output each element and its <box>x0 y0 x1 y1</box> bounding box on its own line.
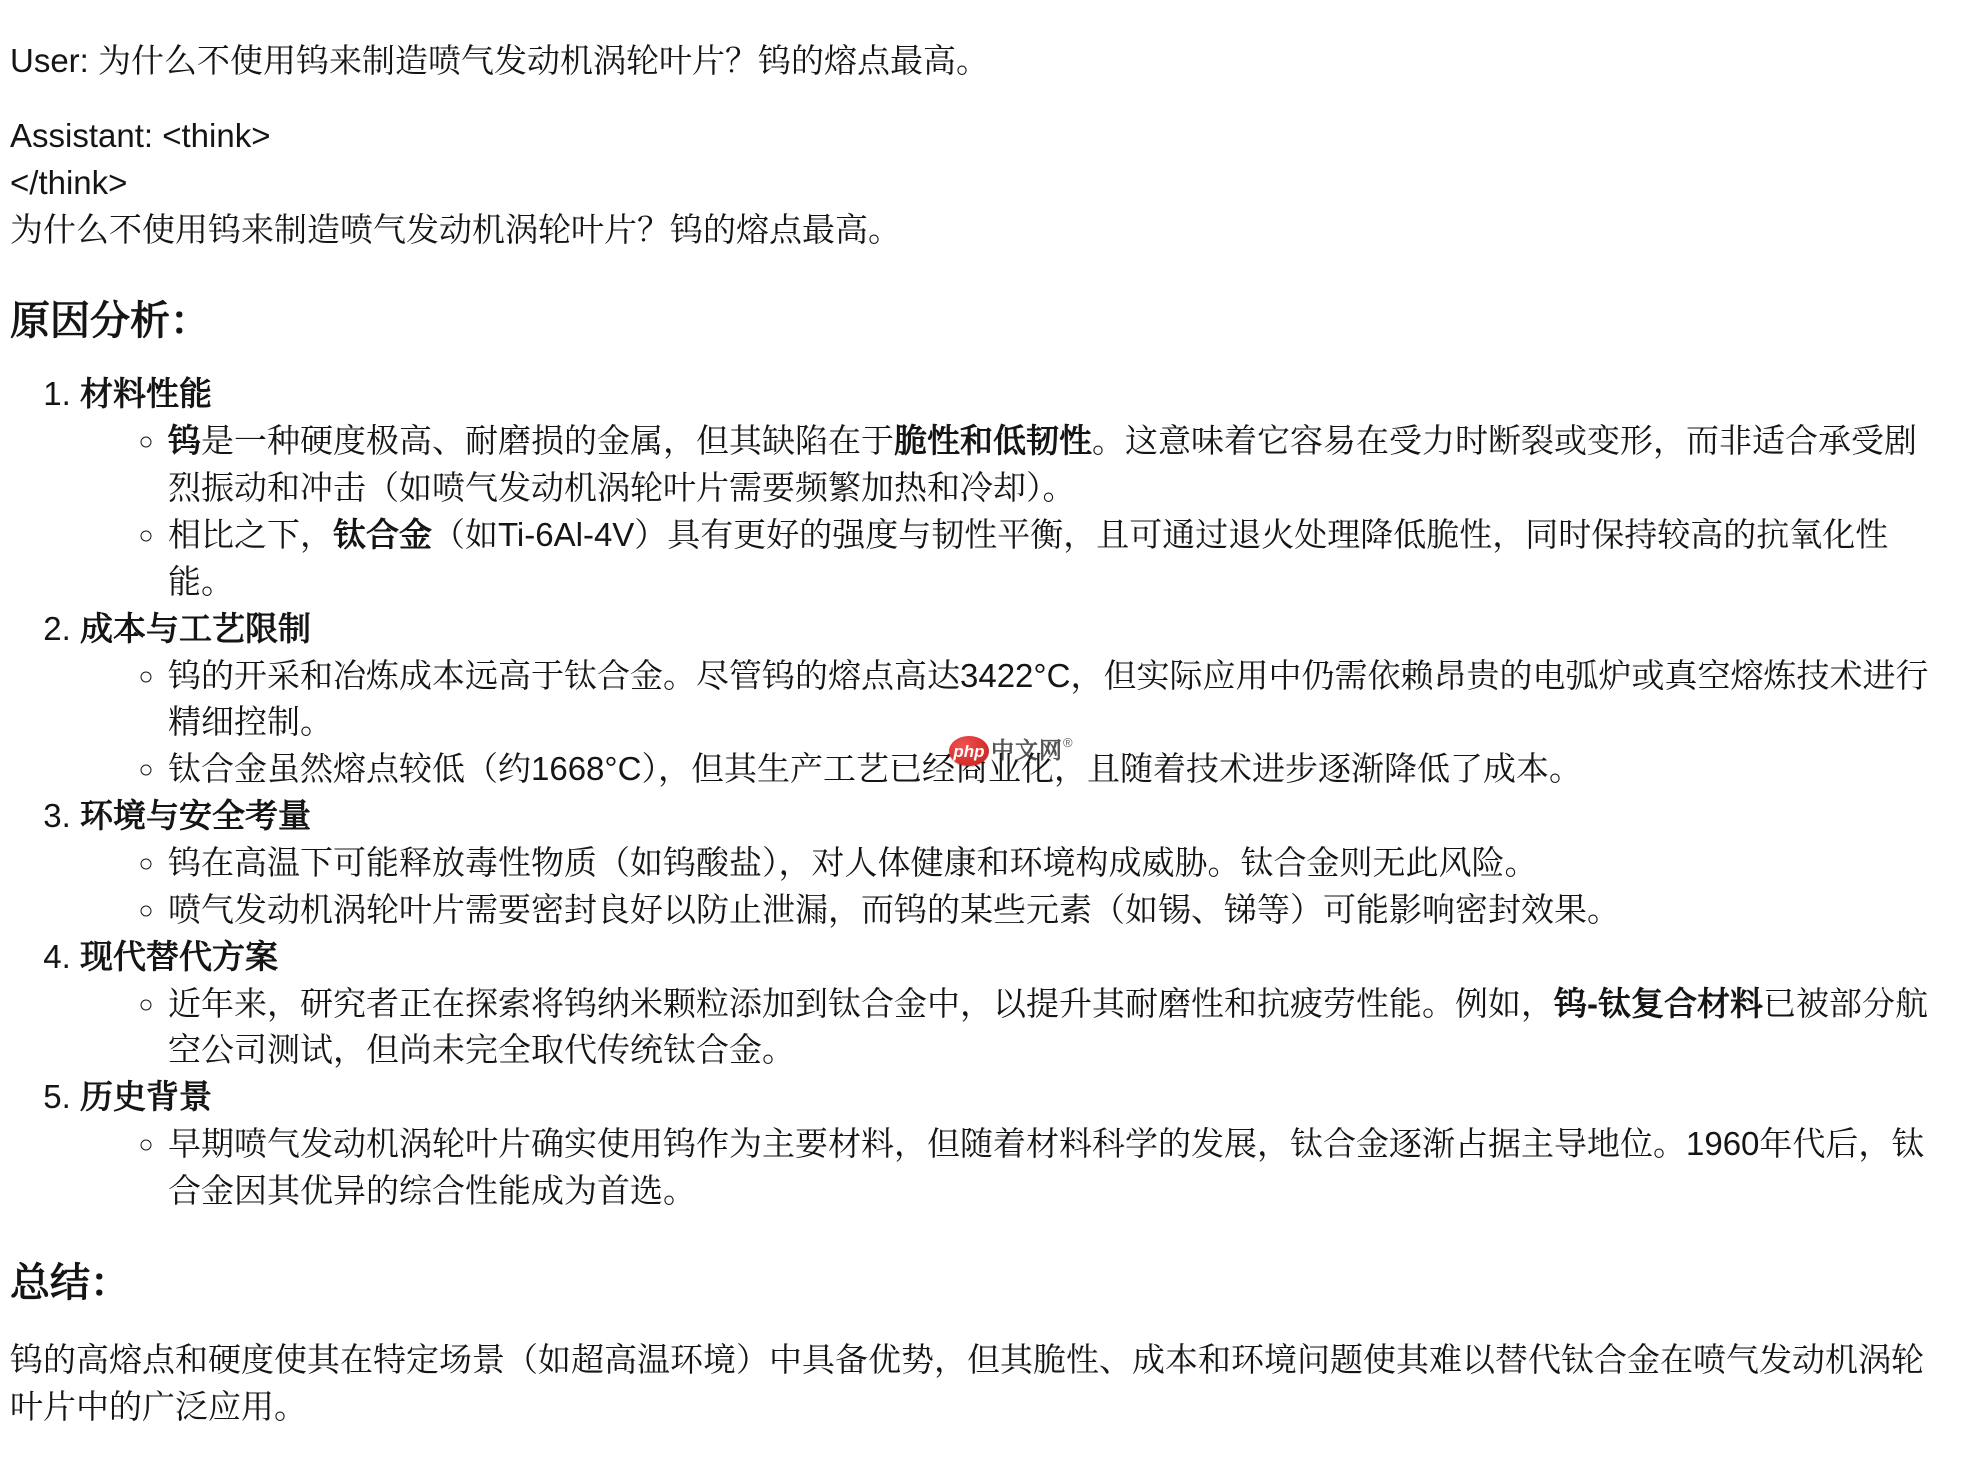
bullet-text: 钨的开采和冶炼成本远高于钛合金。尽管钨的熔点高达3422°C，但实际应用中仍需依… <box>168 657 1928 741</box>
analysis-item-title: 成本与工艺限制 <box>80 610 311 647</box>
analysis-item-title: 环境与安全考量 <box>80 797 311 834</box>
analysis-sub-list: 早期喷气发动机涡轮叶片确实使用钨作为主要材料，但随着材料科学的发展，钛合金逐渐占… <box>80 1121 1939 1215</box>
analysis-item-title: 历史背景 <box>80 1078 212 1115</box>
analysis-bullet: 喷气发动机涡轮叶片需要密封良好以防止泄漏，而钨的某些元素（如锡、锑等）可能影响密… <box>168 887 1939 934</box>
analysis-bullet: 近年来，研究者正在探索将钨纳米颗粒添加到钛合金中，以提升其耐磨性和抗疲劳性能。例… <box>168 981 1939 1075</box>
assistant-message-intro: Assistant: <think> </think> 为什么不使用钨来制造喷气… <box>10 113 1939 254</box>
bullet-text: 相比之下， <box>168 516 333 553</box>
analysis-item-title: 材料性能 <box>80 375 212 412</box>
analysis-bullet: 相比之下，钛合金（如Ti-6Al-4V）具有更好的强度与韧性平衡，且可通过退火处… <box>168 512 1939 606</box>
analysis-bullet: 钨的开采和冶炼成本远高于钛合金。尽管钨的熔点高达3422°C，但实际应用中仍需依… <box>168 653 1939 747</box>
bullet-text: 是一种硬度极高、耐磨损的金属，但其缺陷在于 <box>201 422 894 459</box>
chat-transcript: User: 为什么不使用钨来制造喷气发动机涡轮叶片？钨的熔点最高。 Assist… <box>10 38 1939 1431</box>
analysis-sub-list: 钨在高温下可能释放毒性物质（如钨酸盐），对人体健康和环境构成威胁。钛合金则无此风… <box>80 840 1939 934</box>
summary-heading: 总结： <box>10 1257 1939 1309</box>
analysis-bullet: 早期喷气发动机涡轮叶片确实使用钨作为主要材料，但随着材料科学的发展，钛合金逐渐占… <box>168 1121 1939 1215</box>
analysis-item: 材料性能钨是一种硬度极高、耐磨损的金属，但其缺陷在于脆性和低韧性。这意味着它容易… <box>80 371 1939 605</box>
user-message-text: User: 为什么不使用钨来制造喷气发动机涡轮叶片？钨的熔点最高。 <box>10 42 989 79</box>
analysis-bullet: 钨是一种硬度极高、耐磨损的金属，但其缺陷在于脆性和低韧性。这意味着它容易在受力时… <box>168 418 1939 512</box>
bullet-text: 钨在高温下可能释放毒性物质（如钨酸盐），对人体健康和环境构成威胁。钛合金则无此风… <box>168 844 1538 881</box>
analysis-sub-list: 钨的开采和冶炼成本远高于钛合金。尽管钨的熔点高达3422°C，但实际应用中仍需依… <box>80 653 1939 794</box>
bullet-text: 早期喷气发动机涡轮叶片确实使用钨作为主要材料，但随着材料科学的发展，钛合金逐渐占… <box>168 1125 1924 1209</box>
bold-text: 钨-钛复合材料 <box>1554 985 1763 1022</box>
watermark-anchor-text: 商业化php中文网® <box>955 750 1054 787</box>
bullet-text: 喷气发动机涡轮叶片需要密封良好以防止泄漏，而钨的某些元素（如锡、锑等）可能影响密… <box>168 891 1620 928</box>
think-close-tag: </think> <box>10 164 127 201</box>
analysis-sub-list: 钨是一种硬度极高、耐磨损的金属，但其缺陷在于脆性和低韧性。这意味着它容易在受力时… <box>80 418 1939 605</box>
bullet-text: 钛合金虽然熔点较低（约1668°C），但其生产工艺已经 <box>168 750 955 787</box>
analysis-list: 材料性能钨是一种硬度极高、耐磨损的金属，但其缺陷在于脆性和低韧性。这意味着它容易… <box>10 371 1939 1214</box>
assistant-think-open-tag: Assistant: <think> <box>10 117 270 154</box>
bold-text: 钛合金 <box>333 516 432 553</box>
user-message: User: 为什么不使用钨来制造喷气发动机涡轮叶片？钨的熔点最高。 <box>10 38 1939 85</box>
analysis-item: 现代替代方案近年来，研究者正在探索将钨纳米颗粒添加到钛合金中，以提升其耐磨性和抗… <box>80 934 1939 1075</box>
analysis-sub-list: 近年来，研究者正在探索将钨纳米颗粒添加到钛合金中，以提升其耐磨性和抗疲劳性能。例… <box>80 981 1939 1075</box>
analysis-item-title: 现代替代方案 <box>80 938 278 975</box>
restated-question: 为什么不使用钨来制造喷气发动机涡轮叶片？钨的熔点最高。 <box>10 211 901 248</box>
analysis-heading: 原因分析： <box>10 295 1939 347</box>
analysis-item: 成本与工艺限制钨的开采和冶炼成本远高于钛合金。尽管钨的熔点高达3422°C，但实… <box>80 606 1939 793</box>
analysis-item: 环境与安全考量钨在高温下可能释放毒性物质（如钨酸盐），对人体健康和环境构成威胁。… <box>80 793 1939 934</box>
bold-text: 钨 <box>168 422 201 459</box>
summary-paragraph: 钨的高熔点和硬度使其在特定场景（如超高温环境）中具备优势，但其脆性、成本和环境问… <box>10 1337 1939 1431</box>
analysis-item: 历史背景早期喷气发动机涡轮叶片确实使用钨作为主要材料，但随着材料科学的发展，钛合… <box>80 1074 1939 1215</box>
bold-text: 脆性和低韧性 <box>894 422 1092 459</box>
bullet-text: ，且随着技术进步逐渐降低了成本。 <box>1054 750 1582 787</box>
bullet-text: 近年来，研究者正在探索将钨纳米颗粒添加到钛合金中，以提升其耐磨性和抗疲劳性能。例… <box>168 985 1554 1022</box>
analysis-bullet: 钛合金虽然熔点较低（约1668°C），但其生产工艺已经商业化php中文网®，且随… <box>168 746 1939 793</box>
analysis-bullet: 钨在高温下可能释放毒性物质（如钨酸盐），对人体健康和环境构成威胁。钛合金则无此风… <box>168 840 1939 887</box>
